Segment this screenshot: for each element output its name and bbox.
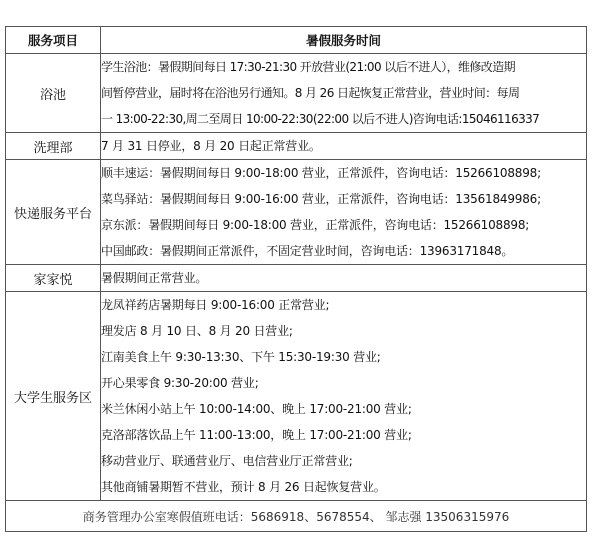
- detail-line: 开心果零食 9:30-20:00 营业;: [101, 370, 586, 396]
- detail-line: 菜鸟驿站：暑假期间每日 9:00-16:00 营业，正常派件，咨询电话：1356…: [101, 186, 586, 212]
- table-footer-row: 商务管理办公室寒假值班电话：5686918、5678554、 邹志强 13506…: [6, 501, 587, 532]
- header-service-item: 服务项目: [6, 27, 101, 54]
- detail-line: 中国邮政：暑假期间正常派件，不固定营业时间，咨询电话：13963171848。: [101, 238, 586, 264]
- detail-cell: 7 月 31 日停业，8 月 20 日起正常营业。: [101, 133, 587, 160]
- detail-line: 克洛部落饮品上午 11:00-13:00，晚上 17:00-21:00 营业;: [101, 422, 586, 448]
- detail-cell: 顺丰速运：暑假期间每日 9:00-18:00 营业，正常派件，咨询电话：1526…: [101, 160, 587, 265]
- detail-line: 7 月 31 日停业，8 月 20 日起正常营业。: [101, 133, 586, 159]
- table-header-row: 服务项目 暑假服务时间: [6, 27, 587, 54]
- header-summer-hours: 暑假服务时间: [101, 27, 587, 54]
- table-row-express: 快递服务平台 顺丰速运：暑假期间每日 9:00-18:00 营业，正常派件，咨询…: [6, 160, 587, 265]
- table-row-salon: 洗理部 7 月 31 日停业，8 月 20 日起正常营业。: [6, 133, 587, 160]
- summer-service-schedule-table: 服务项目 暑假服务时间 浴池 学生浴池：暑假期间每日 17:30-21:30 开…: [5, 26, 587, 532]
- table-row-student-service-area: 大学生服务区 龙凤祥药店暑期每日 9:00-16:00 正常营业; 理发店 8 …: [6, 292, 587, 501]
- category-cell: 浴池: [6, 54, 101, 133]
- duty-phone-footer: 商务管理办公室寒假值班电话：5686918、5678554、 邹志强 13506…: [6, 501, 587, 532]
- detail-line: 其他商铺暑期暂不营业，预计 8 月 26 日起恢复营业。: [101, 474, 586, 500]
- detail-line: 一 13:00-22:30,周二至周日 10:00-22:30(22:00 以后…: [101, 106, 586, 132]
- detail-line: 顺丰速运：暑假期间每日 9:00-18:00 营业，正常派件，咨询电话：1526…: [101, 160, 586, 186]
- detail-line: 龙凤祥药店暑期每日 9:00-16:00 正常营业;: [101, 292, 586, 318]
- detail-line: 理发店 8 月 10 日、8 月 20 日营业;: [101, 318, 586, 344]
- detail-line: 暑假期间正常营业。: [101, 265, 586, 291]
- category-cell: 洗理部: [6, 133, 101, 160]
- table-row-jiajiayue: 家家悦 暑假期间正常营业。: [6, 265, 587, 292]
- category-cell: 大学生服务区: [6, 292, 101, 501]
- detail-cell: 龙凤祥药店暑期每日 9:00-16:00 正常营业; 理发店 8 月 10 日、…: [101, 292, 587, 501]
- detail-line: 江南美食上午 9:30-13:30、下午 15:30-19:30 营业;: [101, 344, 586, 370]
- detail-line: 米兰休闲小站上午 10:00-14:00、晚上 17:00-21:00 营业;: [101, 396, 586, 422]
- table-row-bathhouse: 浴池 学生浴池：暑假期间每日 17:30-21:30 开放营业(21:00 以后…: [6, 54, 587, 133]
- detail-line: 移动营业厅、联通营业厅、电信营业厅正常营业;: [101, 448, 586, 474]
- category-cell: 快递服务平台: [6, 160, 101, 265]
- detail-line: 间暂停营业，届时将在浴池另行通知。8 月 26 日起恢复正常营业，营业时间：每周: [101, 80, 586, 106]
- detail-cell: 暑假期间正常营业。: [101, 265, 587, 292]
- detail-line: 学生浴池：暑假期间每日 17:30-21:30 开放营业(21:00 以后不进人…: [101, 54, 586, 80]
- category-cell: 家家悦: [6, 265, 101, 292]
- detail-line: 京东派：暑假期间每日 9:00-18:00 营业，正常派件，咨询电话：15266…: [101, 212, 586, 238]
- detail-cell: 学生浴池：暑假期间每日 17:30-21:30 开放营业(21:00 以后不进人…: [101, 54, 587, 133]
